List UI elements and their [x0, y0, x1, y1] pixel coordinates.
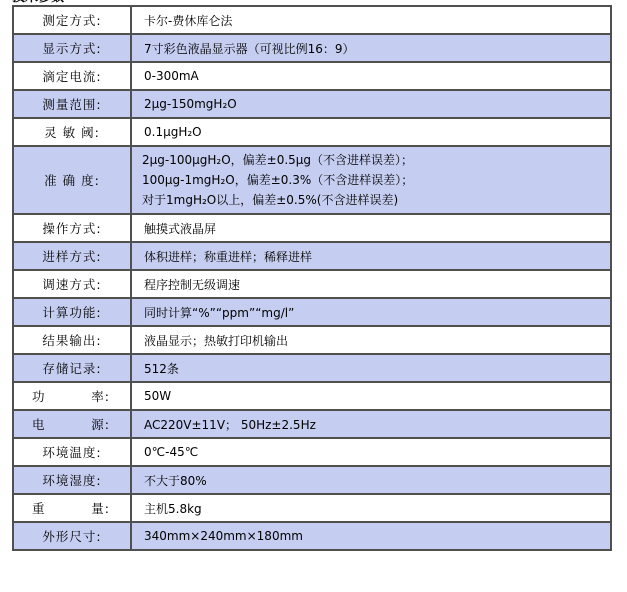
row-label-right: 率:: [91, 387, 110, 405]
row-label: 测量范围:: [13, 90, 131, 118]
table-row: 滴定电流: 0-300mA: [13, 62, 611, 90]
row-value: 340mm×240mm×180mm: [131, 522, 611, 550]
row-value: 7寸彩色液晶显示器（可视比例16：9）: [131, 34, 611, 62]
row-label: 重 量:: [13, 494, 131, 522]
row-label: 计算功能:: [13, 298, 131, 326]
table-row: 进样方式: 体积进样；称重进样；稀释进样: [13, 242, 611, 270]
table-row: 测量范围: 2μg-150mgH₂O: [13, 90, 611, 118]
table-row: 环境湿度: 不大于80%: [13, 466, 611, 494]
row-value: 2μg-150mgH₂O: [131, 90, 611, 118]
watermark: hilingxiu.c: [513, 567, 610, 582]
row-value: 程序控制无级调速: [131, 270, 611, 298]
row-label: 功 率:: [13, 382, 131, 410]
row-value: AC220V±11V； 50Hz±2.5Hz: [131, 410, 611, 438]
row-value: 体积进样；称重进样；稀释进样: [131, 242, 611, 270]
row-value: 同时计算“%”“ppm”“mg/l”: [131, 298, 611, 326]
table-row: 结果输出: 液晶显示；热敏打印机输出: [13, 326, 611, 354]
row-value: 50W: [131, 382, 611, 410]
row-label: 显示方式:: [13, 34, 131, 62]
row-value: 512条: [131, 354, 611, 382]
row-value: 0.1μgH₂O: [131, 118, 611, 146]
row-label: 准 确 度:: [13, 146, 131, 214]
row-label: 电 源:: [13, 410, 131, 438]
row-label: 结果输出:: [13, 326, 131, 354]
section-heading-clipped: 技术参数: [12, 0, 72, 4]
table-row: 测定方式: 卡尔-费休库仑法: [13, 6, 611, 34]
table-row: 电 源: AC220V±11V； 50Hz±2.5Hz: [13, 410, 611, 438]
table-row: 功 率: 50W: [13, 382, 611, 410]
spec-table: 测定方式: 卡尔-费休库仑法 显示方式: 7寸彩色液晶显示器（可视比例16：9）…: [12, 5, 612, 551]
row-label: 外形尺寸:: [13, 522, 131, 550]
row-label: 调速方式:: [13, 270, 131, 298]
row-label: 灵 敏 阈:: [13, 118, 131, 146]
row-label: 环境温度:: [13, 438, 131, 466]
row-value: 卡尔-费休库仑法: [131, 6, 611, 34]
row-value: 0-300mA: [131, 62, 611, 90]
table-row: 调速方式: 程序控制无级调速: [13, 270, 611, 298]
row-label-left: 重: [32, 499, 46, 517]
row-value: 液晶显示；热敏打印机输出: [131, 326, 611, 354]
row-value: 0℃-45℃: [131, 438, 611, 466]
row-label-right: 源:: [91, 415, 110, 433]
row-value: 主机5.8kg: [131, 494, 611, 522]
row-label: 环境湿度:: [13, 466, 131, 494]
row-label: 操作方式:: [13, 214, 131, 242]
table-row: 重 量: 主机5.8kg: [13, 494, 611, 522]
row-label: 存储记录:: [13, 354, 131, 382]
table-row: 准 确 度: 2μg-100μgH₂O，偏差±0.5μg（不含进样误差）； 10…: [13, 146, 611, 214]
accuracy-line: 100μg-1mgH₂O，偏差±0.3%（不含进样误差）；: [142, 170, 610, 190]
row-label: 滴定电流:: [13, 62, 131, 90]
row-label-left: 电: [32, 415, 46, 433]
table-row: 显示方式: 7寸彩色液晶显示器（可视比例16：9）: [13, 34, 611, 62]
row-value: 触摸式液晶屏: [131, 214, 611, 242]
table-row: 存储记录: 512条: [13, 354, 611, 382]
row-value-multiline: 2μg-100μgH₂O，偏差±0.5μg（不含进样误差）； 100μg-1mg…: [131, 146, 611, 214]
accuracy-line: 对于1mgH₂O以上，偏差±0.5%(不含进样误差): [142, 190, 610, 210]
row-value: 不大于80%: [131, 466, 611, 494]
table-row: 计算功能: 同时计算“%”“ppm”“mg/l”: [13, 298, 611, 326]
table-row: 灵 敏 阈: 0.1μgH₂O: [13, 118, 611, 146]
table-row: 外形尺寸: 340mm×240mm×180mm: [13, 522, 611, 550]
row-label: 进样方式:: [13, 242, 131, 270]
row-label-left: 功: [32, 387, 46, 405]
accuracy-line: 2μg-100μgH₂O，偏差±0.5μg（不含进样误差）；: [142, 150, 610, 170]
row-label-right: 量:: [91, 499, 110, 517]
table-row: 操作方式: 触摸式液晶屏: [13, 214, 611, 242]
row-label: 测定方式:: [13, 6, 131, 34]
table-row: 环境温度: 0℃-45℃: [13, 438, 611, 466]
